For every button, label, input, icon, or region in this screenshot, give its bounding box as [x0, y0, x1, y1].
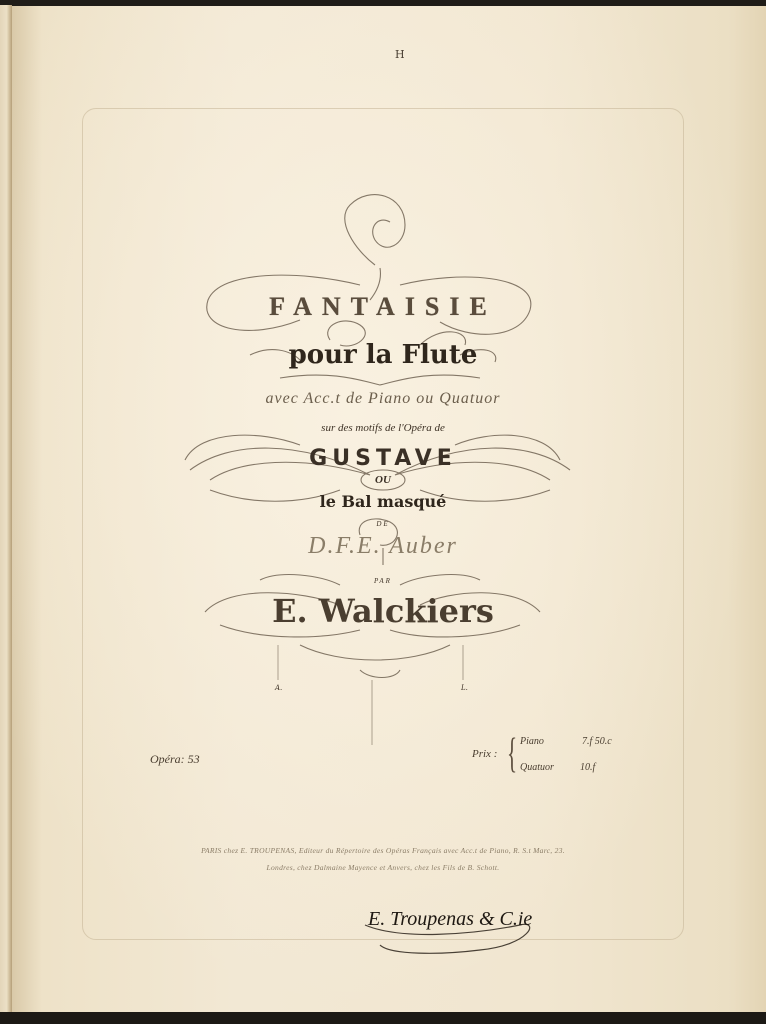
composer-name: D.F.E. Auber: [0, 533, 766, 560]
publisher-imprint-line2: Londres, chez Dalmaine Mayence et Anvers…: [0, 863, 766, 872]
price-instrument: Piano: [520, 736, 544, 747]
book-bottom-edge: [0, 1012, 766, 1024]
price-label: Prix :: [472, 748, 497, 760]
price-row-quatuor: Quatuor 10.f: [520, 762, 554, 773]
publisher-imprint-line1: PARIS chez E. TROUPENAS, Editeur du Répe…: [0, 846, 766, 855]
price-instrument: Quatuor: [520, 762, 554, 773]
motifs-line: sur des motifs de l'Opéra de: [0, 422, 766, 434]
conjunction: OU: [0, 474, 766, 486]
opera-title: GUSTAVE: [0, 446, 766, 471]
opera-subtitle: le Bal masqué: [0, 492, 766, 511]
plate-letter: H: [395, 48, 405, 61]
price-row-piano: Piano 7.f 50.c: [520, 736, 544, 747]
publisher-signature: E. Troupenas & C.ie: [368, 908, 532, 931]
margin-mark-a: A.: [275, 684, 282, 692]
brace-icon: {: [507, 733, 517, 775]
work-subtitle: pour la Flute: [0, 340, 766, 370]
price-value: 7.f 50.c: [582, 736, 612, 747]
price-value: 10.f: [580, 762, 595, 773]
margin-mark-l: L.: [461, 684, 468, 692]
accompaniment-line: avec Acc.t de Piano ou Quatuor: [0, 390, 766, 408]
par-label: PAR: [0, 577, 766, 585]
work-title: FANTAISIE: [0, 292, 766, 322]
opus-number: Opéra: 53: [150, 752, 200, 767]
de-label: DE: [0, 520, 766, 528]
arranger-name: E. Walckiers: [0, 592, 766, 630]
